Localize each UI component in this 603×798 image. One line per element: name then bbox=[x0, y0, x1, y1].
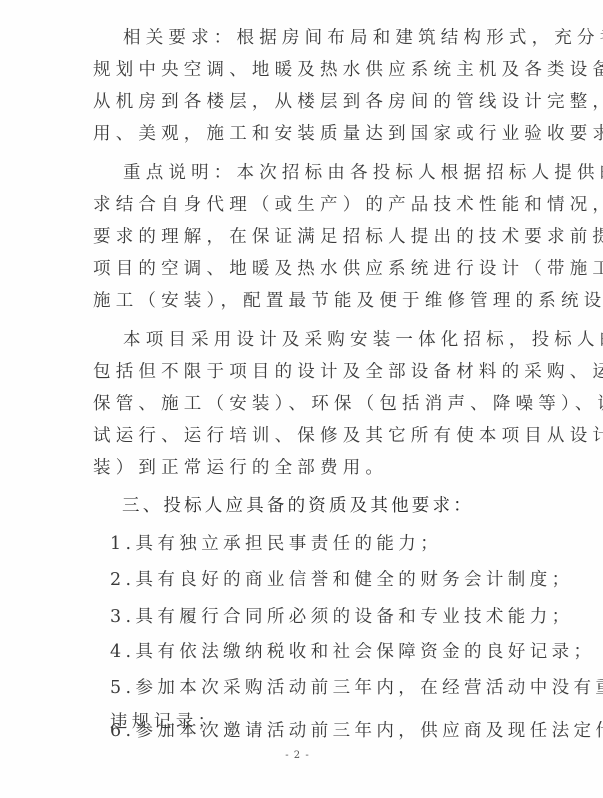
requirement-item-3: 3.具有履行合同所必须的设备和专业技术能力； bbox=[110, 606, 542, 628]
page-number: - 2 - bbox=[0, 750, 595, 761]
requirement-item-6: 6.参加本次邀请活动前三年内，供应商及现任法定代表人、 bbox=[110, 720, 542, 742]
paragraph-integrated-bidding-line-2: 包括但不限于项目的设计及全部设备材料的采购、运输、卸货、 bbox=[93, 361, 525, 383]
paragraph-related-requirements-line-3: 从机房到各楼层，从楼层到各房间的管线设计完整，布置线管实 bbox=[93, 91, 525, 113]
document-page: 相关要求：根据房间布局和建筑结构形式，充分考虑并合理 规划中央空调、地暖及热水供… bbox=[0, 0, 603, 798]
requirement-item-1: 1.具有独立承担民事责任的能力； bbox=[110, 533, 542, 555]
paragraph-key-notes-line-1: 重点说明：本次招标由各投标人根据招标人提供的图纸和要 bbox=[123, 162, 555, 184]
paragraph-related-requirements-line-2: 规划中央空调、地暖及热水供应系统主机及各类设备布置位置， bbox=[93, 59, 525, 81]
requirement-item-5: 5.参加本次采购活动前三年内，在经营活动中没有重大违法 bbox=[110, 677, 542, 699]
paragraph-related-requirements-line-1: 相关要求：根据房间布局和建筑结构形式，充分考虑并合理 bbox=[123, 27, 555, 49]
paragraph-key-notes-line-3: 要求的理解，在保证满足招标人提出的技术要求前提下自行对本 bbox=[93, 226, 525, 248]
paragraph-key-notes-line-4: 项目的空调、地暖及热水供应系统进行设计（带施工图投标）并 bbox=[93, 258, 525, 280]
paragraph-integrated-bidding-line-3: 保管、施工（安装）、环保（包括消声、降噪等）、调试、验收、 bbox=[93, 393, 525, 415]
paragraph-integrated-bidding-line-1: 本项目采用设计及采购安装一体化招标，投标人的投标总价 bbox=[123, 329, 555, 351]
paragraph-key-notes-line-2: 求结合自身代理（或生产）的产品技术性能和情况，根据对上述 bbox=[93, 194, 525, 216]
requirement-item-4: 4.具有依法缴纳税收和社会保障资金的良好记录； bbox=[110, 641, 542, 663]
section-heading: 三、投标人应具备的资质及其他要求： bbox=[122, 495, 554, 517]
paragraph-related-requirements-line-4: 用、美观，施工和安装质量达到国家或行业验收要求。 bbox=[93, 123, 525, 145]
paragraph-integrated-bidding-line-4: 试运行、运行培训、保修及其它所有使本项目从设计到施工（安 bbox=[93, 425, 525, 447]
requirement-item-2: 2.具有良好的商业信誉和健全的财务会计制度； bbox=[110, 569, 542, 591]
paragraph-integrated-bidding-line-5: 装）到正常运行的全部费用。 bbox=[93, 457, 525, 479]
paragraph-key-notes-line-5: 施工（安装），配置最节能及便于维修管理的系统设备。 bbox=[93, 290, 525, 312]
